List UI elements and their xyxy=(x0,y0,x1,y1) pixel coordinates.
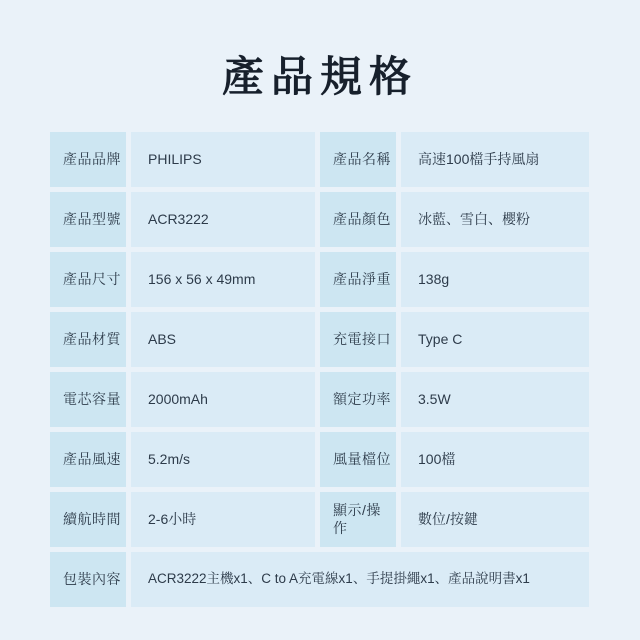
spec-label: 顯示/操作 xyxy=(320,492,396,547)
spec-value: 3.5W xyxy=(401,372,589,427)
spec-value-package-contents: ACR3222主機x1、C to A充電線x1、手提掛繩x1、產品說明書x1 xyxy=(131,552,589,607)
spec-value: Type C xyxy=(401,312,589,367)
page-title: 產品規格 xyxy=(50,0,590,132)
spec-label-package-contents: 包裝內容 xyxy=(50,552,126,607)
spec-label: 產品尺寸 xyxy=(50,252,126,307)
spec-label: 續航時間 xyxy=(50,492,126,547)
spec-value: 2-6小時 xyxy=(131,492,315,547)
product-spec-page: 產品規格 產品品牌PHILIPS產品名稱高速100檔手持風扇產品型號ACR322… xyxy=(0,0,640,640)
spec-label: 風量檔位 xyxy=(320,432,396,487)
spec-value: ACR3222 xyxy=(131,192,315,247)
spec-label: 充電接口 xyxy=(320,312,396,367)
spec-label: 產品名稱 xyxy=(320,132,396,187)
spec-value: 100檔 xyxy=(401,432,589,487)
spec-label: 電芯容量 xyxy=(50,372,126,427)
spec-value: 冰藍、雪白、櫻粉 xyxy=(401,192,589,247)
spec-label: 產品材質 xyxy=(50,312,126,367)
spec-value: 156 x 56 x 49mm xyxy=(131,252,315,307)
spec-value: 138g xyxy=(401,252,589,307)
spec-label: 額定功率 xyxy=(320,372,396,427)
spec-value: ABS xyxy=(131,312,315,367)
spec-value: 5.2m/s xyxy=(131,432,315,487)
spec-table: 產品品牌PHILIPS產品名稱高速100檔手持風扇產品型號ACR3222產品顏色… xyxy=(50,132,589,607)
spec-label: 產品顏色 xyxy=(320,192,396,247)
spec-value: PHILIPS xyxy=(131,132,315,187)
spec-label: 產品風速 xyxy=(50,432,126,487)
spec-value: 高速100檔手持風扇 xyxy=(401,132,589,187)
spec-label: 產品型號 xyxy=(50,192,126,247)
spec-label: 產品品牌 xyxy=(50,132,126,187)
spec-value: 2000mAh xyxy=(131,372,315,427)
spec-label: 產品淨重 xyxy=(320,252,396,307)
spec-value: 數位/按鍵 xyxy=(401,492,589,547)
